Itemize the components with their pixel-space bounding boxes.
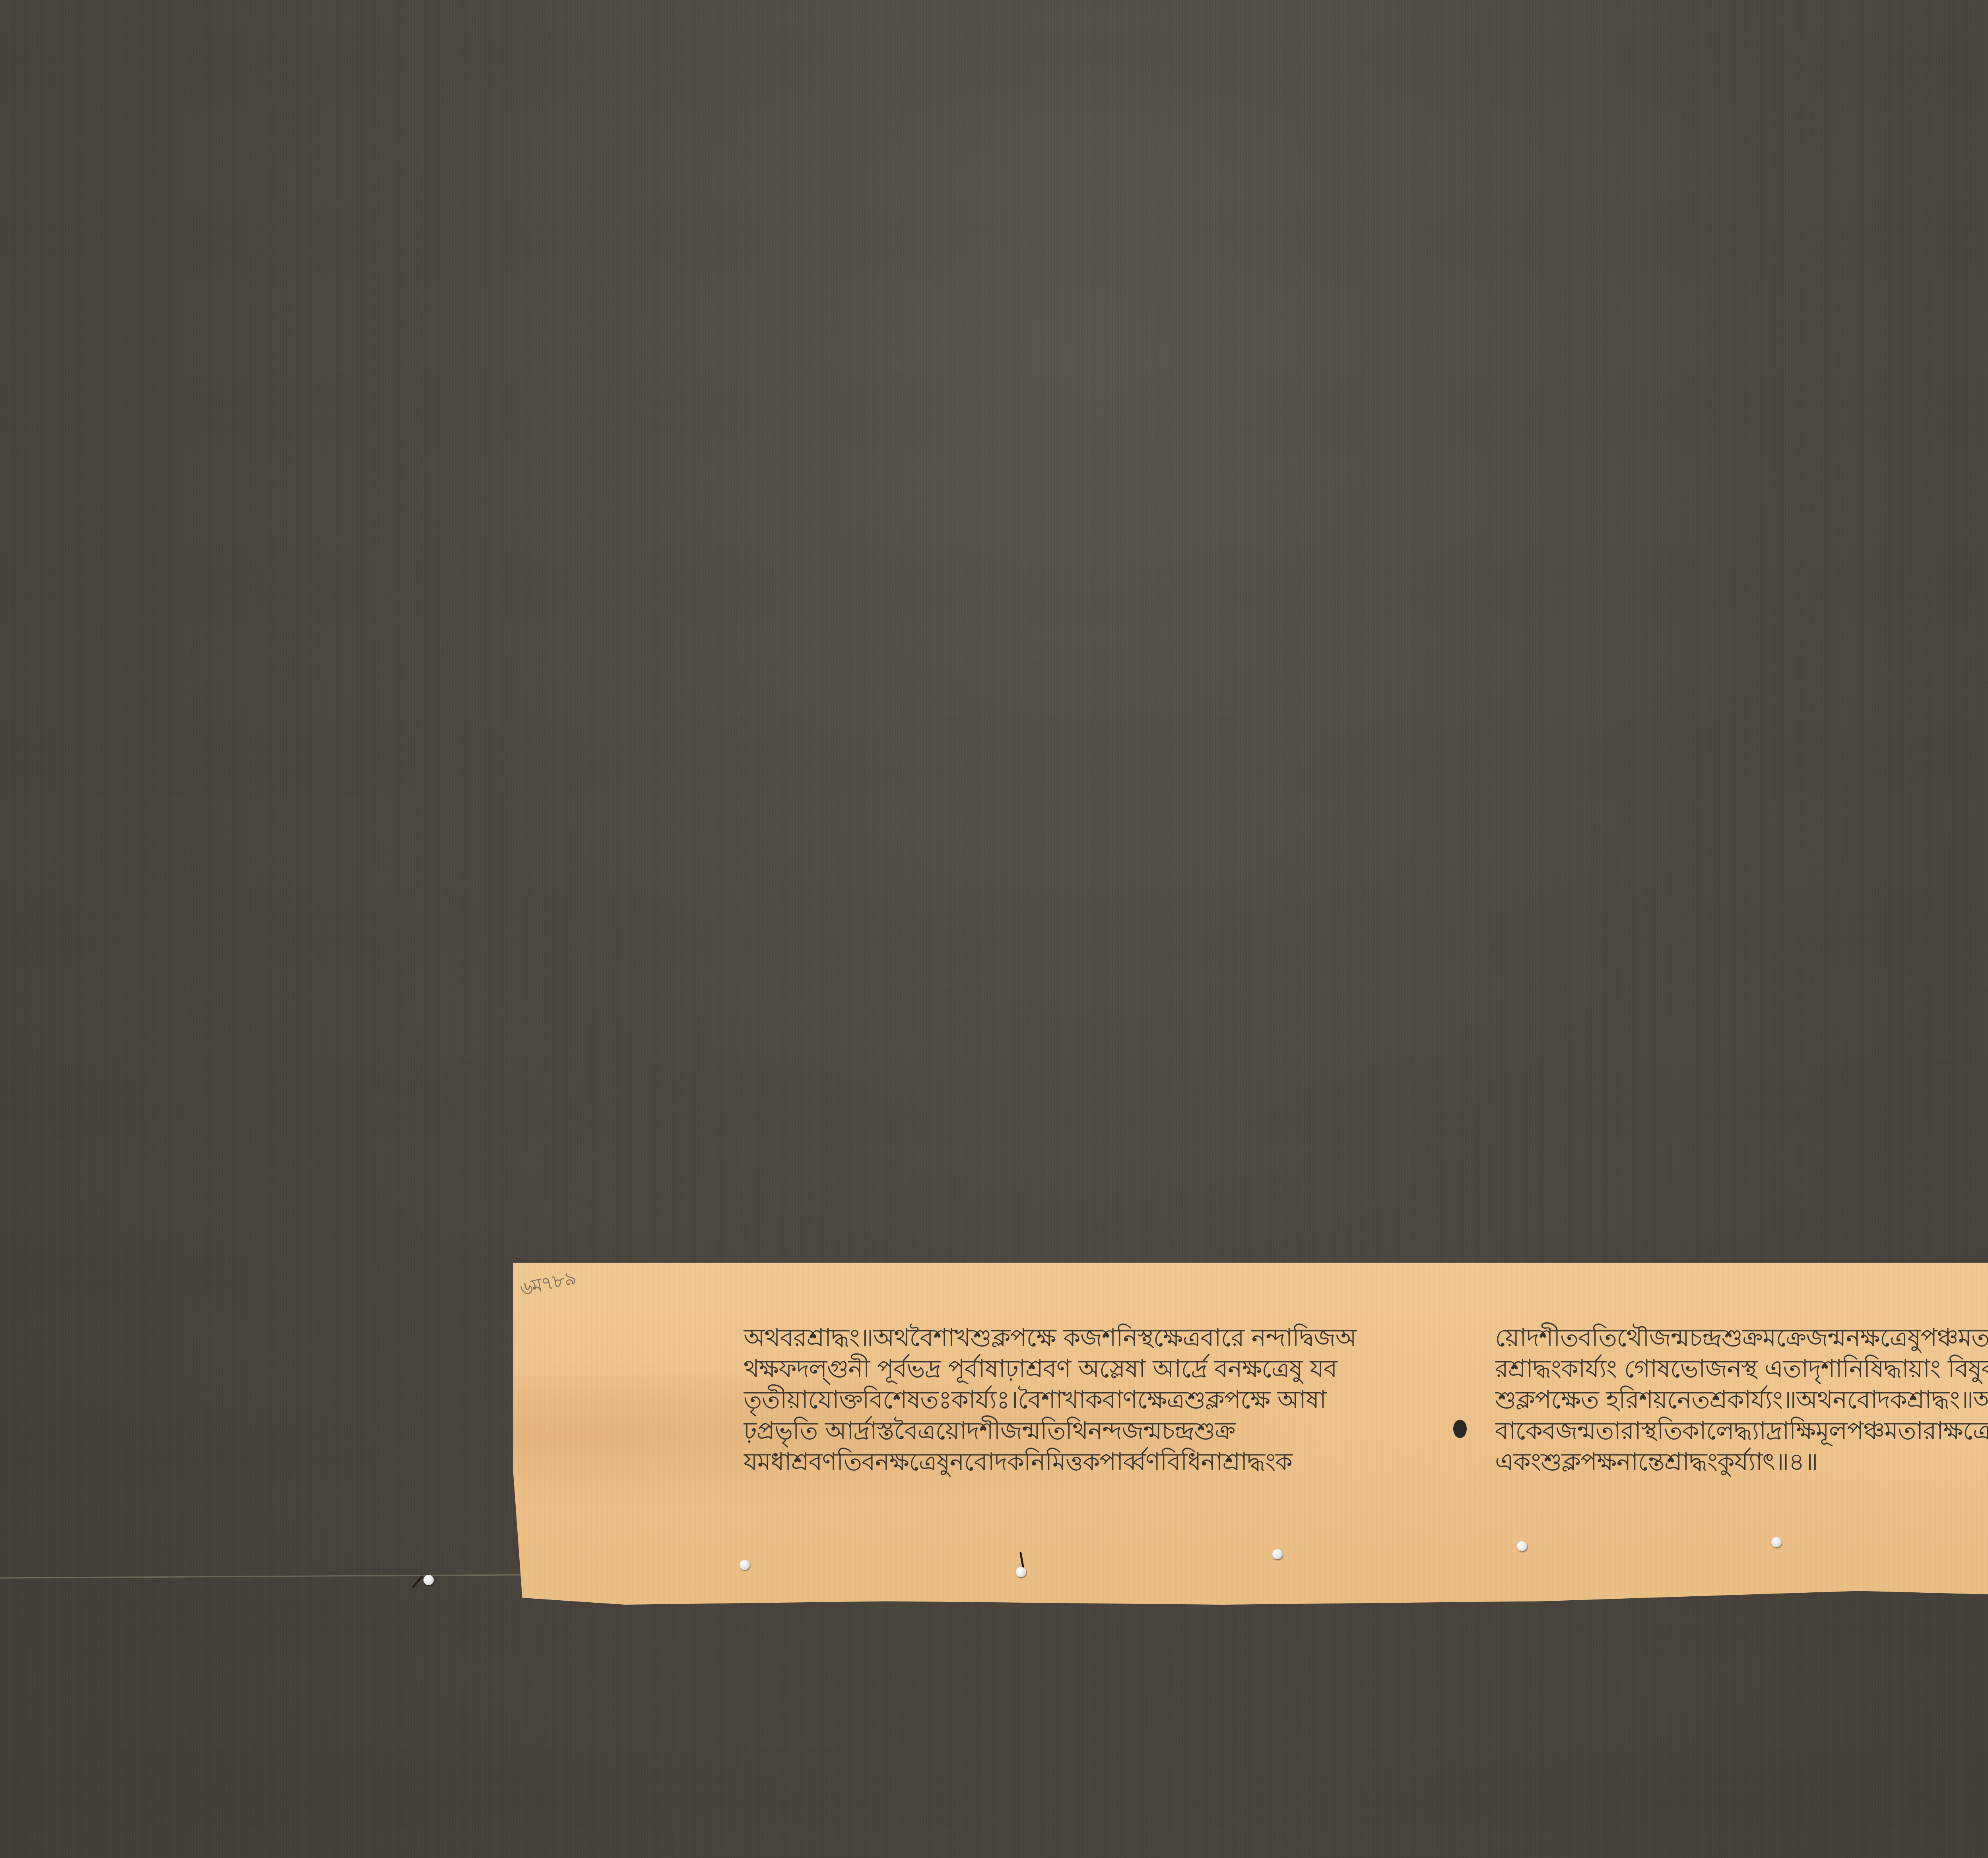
manuscript-line: তৃতীয়াযোক্তবিশেষতঃকার্য্যঃ।বৈশাখাকবাণক্…: [744, 1384, 1443, 1415]
manuscript-line: ঢ়প্রভৃতি আর্দ্রাস্তবৈত্রয়োদশীজন্মতিথিন…: [744, 1415, 1443, 1446]
manuscript-line: রশ্রাদ্ধংকার্য্যং গোষভোজনস্থ এতাদৃশানিষি…: [1495, 1353, 1988, 1384]
binding-hole: [1453, 1420, 1467, 1438]
manuscript-folio: ৬ম৭৮৯ অথবরশ্রাদ্ধং॥অথবৈশাখশুক্লপক্ষে কজশ…: [513, 1263, 1988, 1605]
manuscript-line: যমধাশ্রবণতিবনক্ষত্রেষুনবোদকনিমিত্তকপার্ব…: [744, 1446, 1443, 1477]
manuscript-line: বাকেবজন্মতারাস্থতিকালেদ্ধ্যাদ্রাক্ষিমূলপ…: [1495, 1415, 1988, 1446]
pin-icon: [1517, 1541, 1527, 1551]
manuscript-line: য়োদশীতবতিথৌজন্মচন্দ্রশুক্রমক্রেজন্মনক্ষ…: [1495, 1322, 1988, 1353]
manuscript-line: শুক্লপক্ষেত হরিশয়নেতশ্রকার্য্যং॥অথনবোদক…: [1495, 1384, 1988, 1415]
margin-annotation: ৬ম৭৮৯: [517, 1263, 579, 1306]
pin-icon: [1016, 1567, 1026, 1577]
pin-icon: [1272, 1549, 1283, 1559]
text-column-left: অথবরশ্রাদ্ধং॥অথবৈশাখশুক্লপক্ষে কজশনিস্থক…: [744, 1322, 1443, 1477]
pin-icon: [740, 1560, 750, 1570]
manuscript-line: থক্ষফদল্গুনী পূর্বভদ্র পূর্বাষাঢ়াশ্রবণ …: [744, 1353, 1443, 1384]
pin-icon: [423, 1575, 434, 1585]
text-column-right: য়োদশীতবতিথৌজন্মচন্দ্রশুক্রমক্রেজন্মনক্ষ…: [1495, 1322, 1988, 1477]
pin-shaft: [412, 1575, 423, 1589]
pin-icon: [1771, 1537, 1782, 1547]
manuscript-line: একংশুক্লপক্ষনান্তেশ্রাদ্ধংকুর্য্যাৎ॥৪॥: [1495, 1446, 1988, 1477]
manuscript-line: অথবরশ্রাদ্ধং॥অথবৈশাখশুক্লপক্ষে কজশনিস্থক…: [744, 1322, 1443, 1353]
